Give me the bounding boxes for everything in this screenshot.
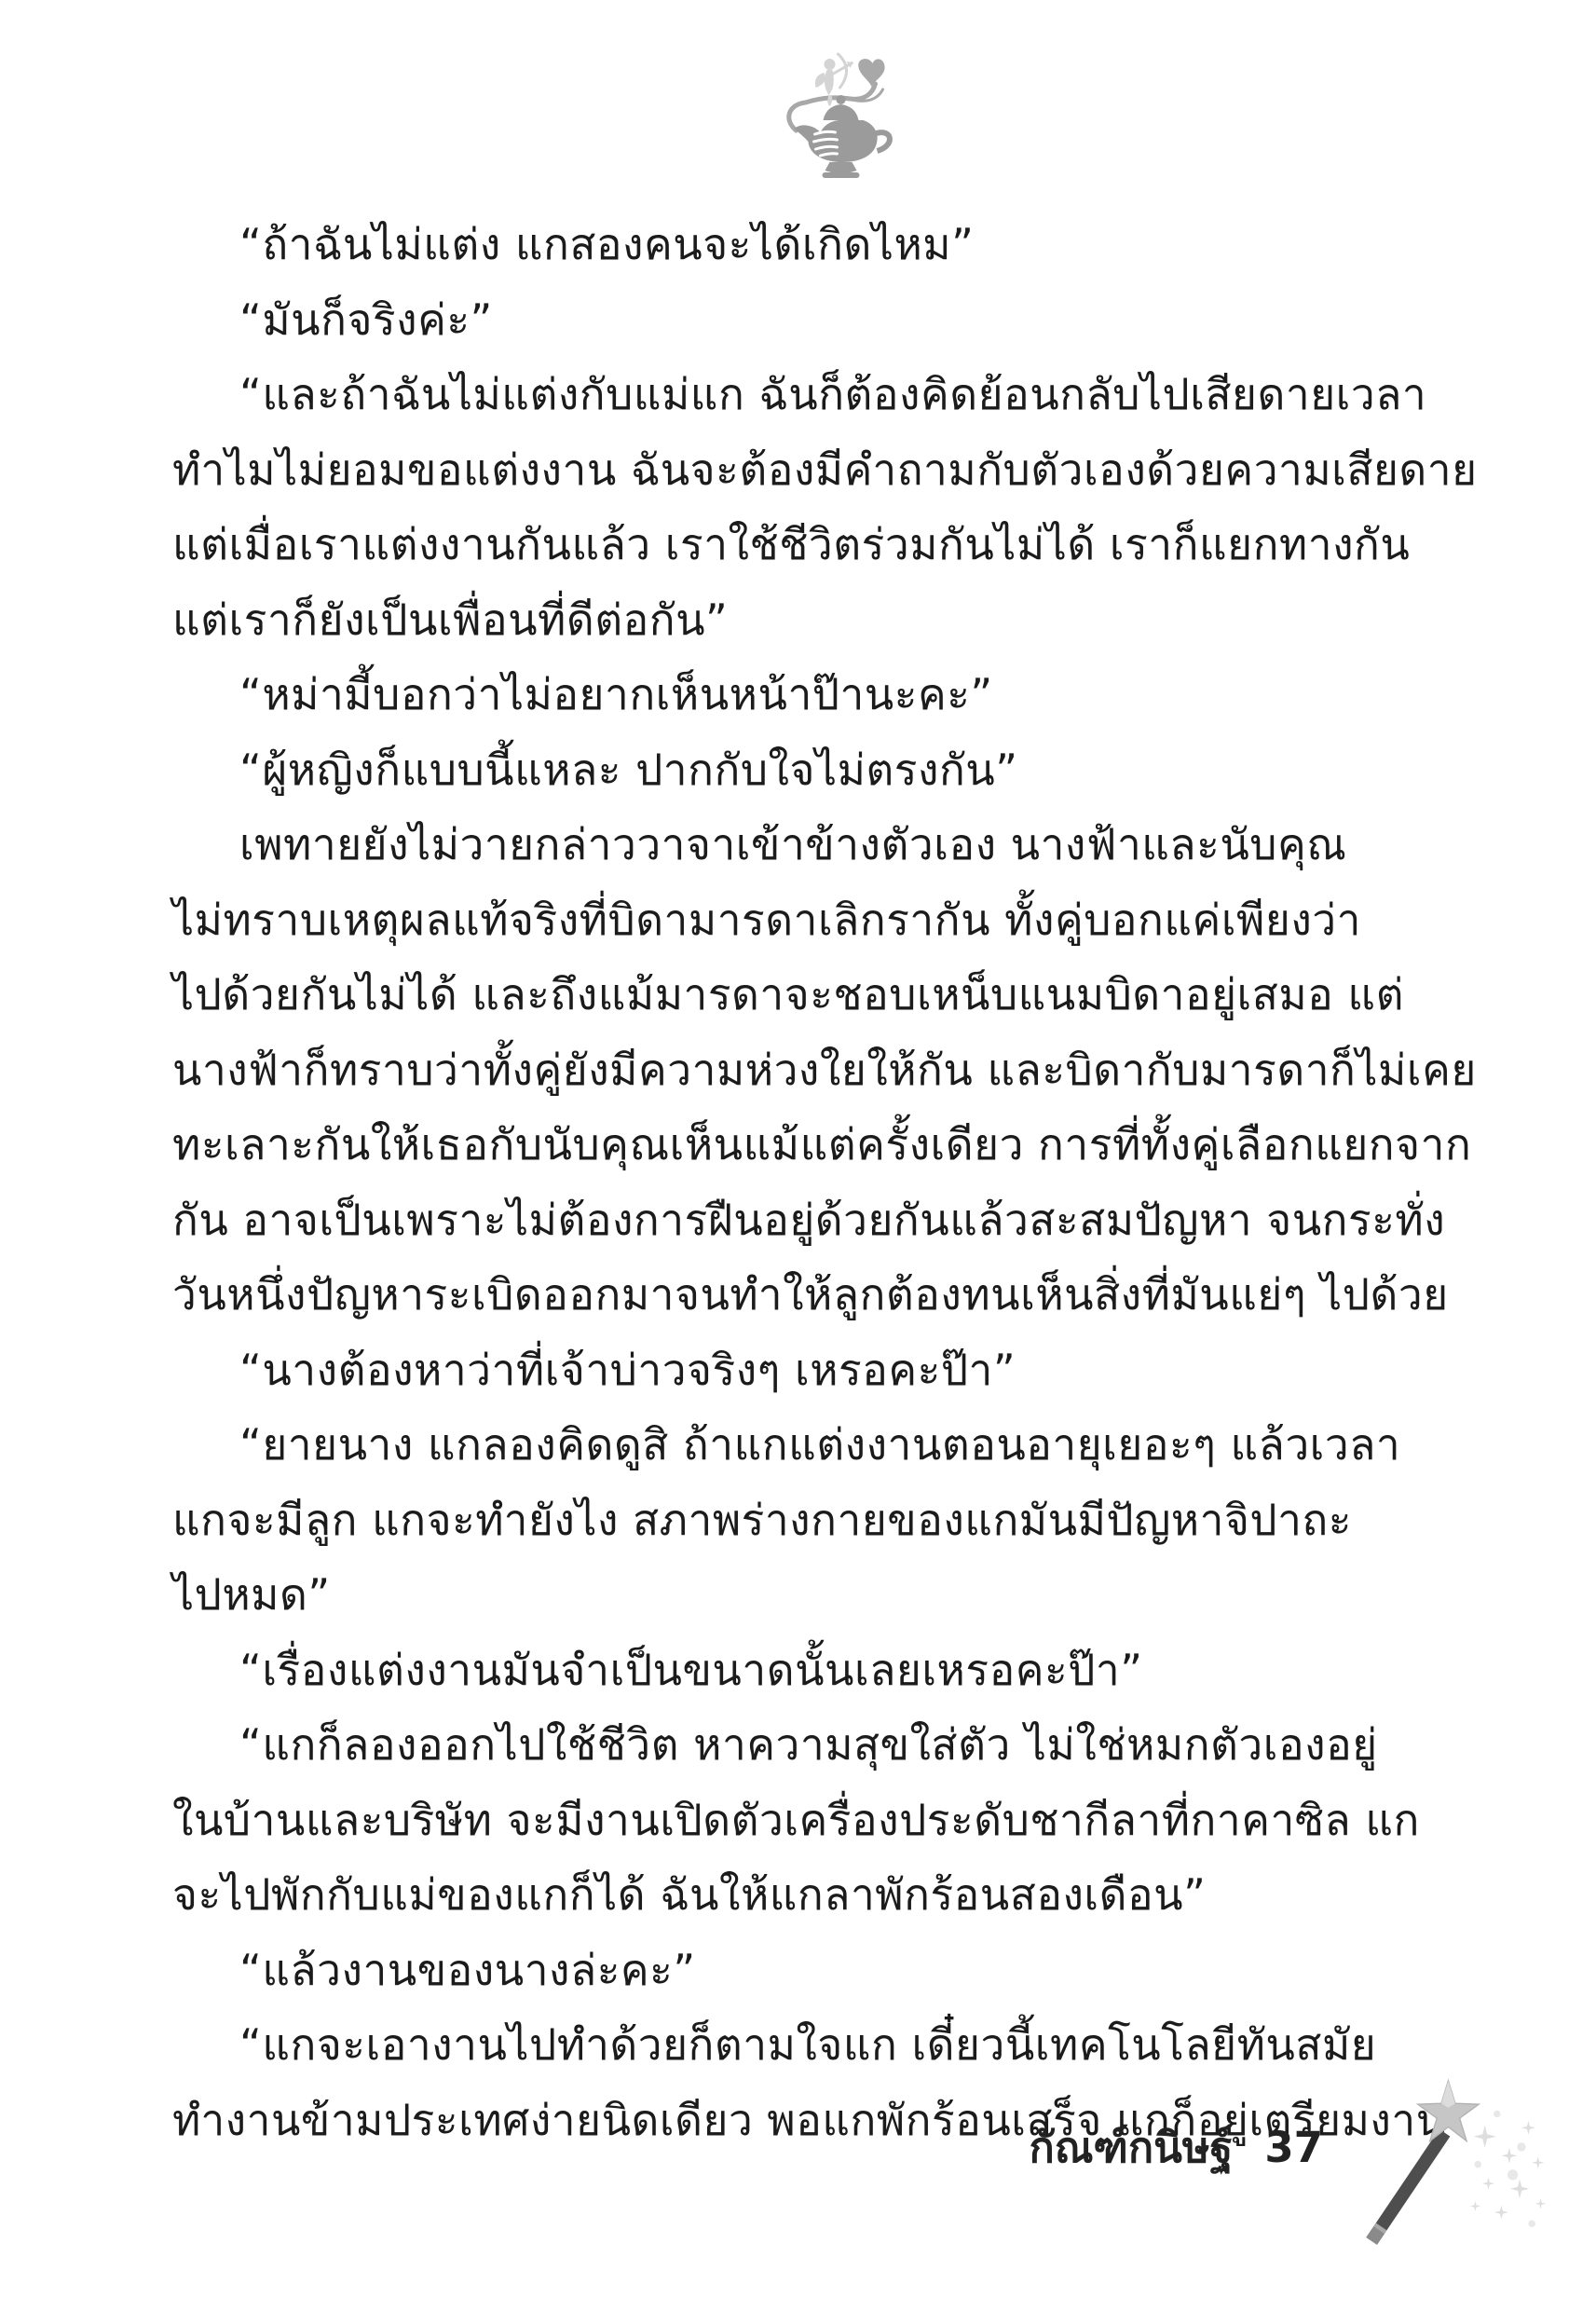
text-line: “ถ้าฉันไม่แต่ง แกสองคนจะได้เกิดไหม” — [172, 207, 1435, 282]
text-line: กัน อาจเป็นเพราะไม่ต้องการฝืนอยู่ด้วยกัน… — [172, 1183, 1435, 1258]
text-line: แต่เมื่อเราแต่งงานกันแล้ว เราใช้ชีวิตร่ว… — [172, 507, 1435, 582]
text-line: ทะเลาะกันให้เธอกับนับคุณเห็นแม้แต่ครั้งเ… — [172, 1107, 1435, 1183]
magic-wand-icon — [1347, 2067, 1548, 2253]
text-line: แกจะมีลูก แกจะทำยังไง สภาพร่างกายของแกมั… — [172, 1483, 1435, 1558]
footer-text: กัณฑ์กนิษฐ์ 37 — [1030, 2113, 1323, 2181]
text-line: จะไปพักกับแม่ของแกก็ได้ ฉันให้แกลาพักร้อ… — [172, 1857, 1435, 1933]
page-number: 37 — [1264, 2123, 1323, 2172]
genie-lamp-icon — [781, 48, 897, 179]
text-line: เพทายยังไม่วายกล่าววาจาเข้าข้างตัวเอง นา… — [172, 807, 1435, 882]
text-line: ไปหมด” — [172, 1557, 1435, 1633]
text-line: “เรื่องแต่งงานมันจำเป็นขนาดนั้นเลยเหรอคะ… — [172, 1633, 1435, 1708]
page-body: “ถ้าฉันไม่แต่ง แกสองคนจะได้เกิดไหม” “มัน… — [172, 207, 1435, 2157]
author-name: กัณฑ์กนิษฐ์ — [1030, 2113, 1234, 2181]
page-footer: กัณฑ์กนิษฐ์ 37 — [1030, 2067, 1548, 2253]
text-line: “นางต้องหาว่าที่เจ้าบ่าวจริงๆ เหรอคะป๊า” — [172, 1333, 1435, 1408]
text-line: “และถ้าฉันไม่แต่งกับแม่แก ฉันก็ต้องคิดย้… — [172, 357, 1435, 432]
text-line: “หม่ามี้บอกว่าไม่อยากเห็นหน้าป๊านะคะ” — [172, 657, 1435, 732]
text-line: ไปด้วยกันไม่ได้ และถึงแม้มารดาจะชอบเหน็บ… — [172, 957, 1435, 1032]
text-line: วันหนึ่งปัญหาระเบิดออกมาจนทำให้ลูกต้องทน… — [172, 1257, 1435, 1333]
text-line: “แล้วงานของนางล่ะคะ” — [172, 1933, 1435, 2008]
text-line: “มันก็จริงค่ะ” — [172, 282, 1435, 358]
text-line: “ผู้หญิงก็แบบนี้แหละ ปากกับใจไม่ตรงกัน” — [172, 732, 1435, 808]
text-line: นางฟ้าก็ทราบว่าทั้งคู่ยังมีความห่วงใยให้… — [172, 1032, 1435, 1108]
text-line: ทำไมไม่ยอมขอแต่งงาน ฉันจะต้องมีคำถามกับต… — [172, 432, 1435, 508]
text-line: “ยายนาง แกลองคิดดูสิ ถ้าแกแต่งงานตอนอายุ… — [172, 1407, 1435, 1483]
text-line: “แกก็ลองออกไปใช้ชีวิต หาความสุขใส่ตัว ไม… — [172, 1707, 1435, 1783]
text-line: ในบ้านและบริษัท จะมีงานเปิดตัวเครื่องประ… — [172, 1783, 1435, 1858]
book-page: “ถ้าฉันไม่แต่ง แกสองคนจะได้เกิดไหม” “มัน… — [0, 0, 1596, 2311]
text-line: ไม่ทราบเหตุผลแท้จริงที่บิดามารดาเลิกรากั… — [172, 882, 1435, 958]
text-line: แต่เราก็ยังเป็นเพื่อนที่ดีต่อกัน” — [172, 582, 1435, 658]
